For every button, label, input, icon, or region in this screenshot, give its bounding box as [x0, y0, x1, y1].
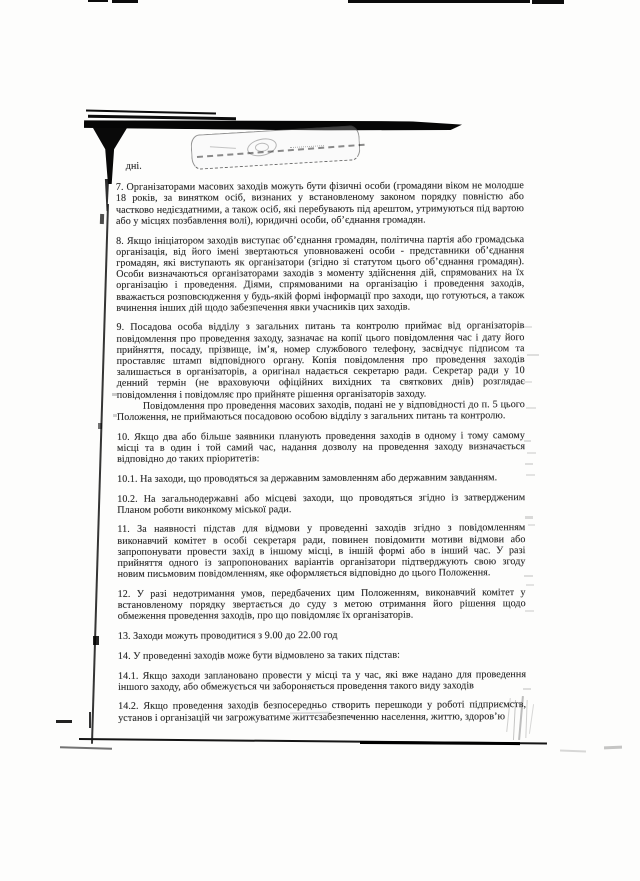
- scan-smudge: [525, 610, 534, 612]
- paragraph-7: 7. Організаторами масових заходів можуть…: [116, 180, 524, 227]
- paragraph-10: 10. Якщо два або більше заявники плануют…: [117, 430, 525, 465]
- scanned-page: дні. 7. Організаторами масових заходів м…: [0, 0, 640, 881]
- scan-smudge: [526, 474, 535, 476]
- stamp-scribble: [210, 146, 236, 149]
- paragraph-12: 12. У разі недотримання умов, передбачен…: [118, 587, 526, 622]
- scan-artifact-bottom-line: [60, 746, 112, 749]
- paragraph-10-1: 10.1. На заходи, що проводяться за держа…: [117, 472, 525, 485]
- scan-smudge: [526, 584, 534, 586]
- scan-smudge: [524, 440, 531, 442]
- scan-artifact-mark: [56, 720, 72, 723]
- scan-artifact-top-edge: [88, 0, 108, 2]
- scan-smudge: [526, 407, 536, 409]
- scan-artifact-mark: [89, 712, 91, 728]
- scan-artifact-fold-line: [91, 204, 109, 744]
- paragraph-9: 9. Посадова особа відділу з загальних пи…: [116, 321, 524, 401]
- scan-artifact-ink-line: [88, 115, 236, 121]
- paragraph-11: 11. За наявності підстав для відмови у п…: [117, 523, 525, 581]
- scan-artifact-ink-line: [86, 110, 216, 115]
- scan-smudge: [604, 746, 622, 750]
- paragraph-continuation-top: дні.: [116, 159, 524, 172]
- paragraph-14-2: 14.2. Якщо проведення заходів безпосеред…: [118, 700, 526, 724]
- paragraph-8: 8. Якщо ініціатором заходів виступає об’…: [116, 234, 524, 314]
- paragraph-14: 14. У проведенні заходів може бути відмо…: [118, 649, 526, 662]
- scan-artifact-bottom-line: [360, 741, 520, 745]
- scan-smudge: [560, 750, 586, 753]
- scan-smudge: [527, 452, 536, 454]
- scan-smudge: [525, 516, 533, 519]
- paragraph-14-1: 14.1. Якщо заходи заплановано провести у…: [118, 669, 526, 693]
- scan-artifact-top-edge: [348, 0, 530, 3]
- scan-smudge: [524, 381, 532, 383]
- scan-artifact-top-edge: [532, 0, 564, 4]
- scan-smudge: [100, 214, 104, 224]
- scan-smudge: [527, 354, 539, 356]
- scan-artifact-top-edge: [112, 0, 138, 3]
- scan-smudge: [528, 524, 535, 526]
- document-text-block: дні. 7. Організаторами масових заходів м…: [116, 159, 526, 732]
- paragraph-13: 13. Заходи можуть проводитися з 9.00 до …: [118, 629, 526, 642]
- scan-smudge: [525, 463, 533, 465]
- paragraph-9-continuation: Повідомлення про проведення масових захо…: [117, 399, 525, 423]
- paragraph-10-2: 10.2. На загальнодержавні або місцеві за…: [117, 492, 525, 516]
- scan-smudge: [529, 704, 534, 734]
